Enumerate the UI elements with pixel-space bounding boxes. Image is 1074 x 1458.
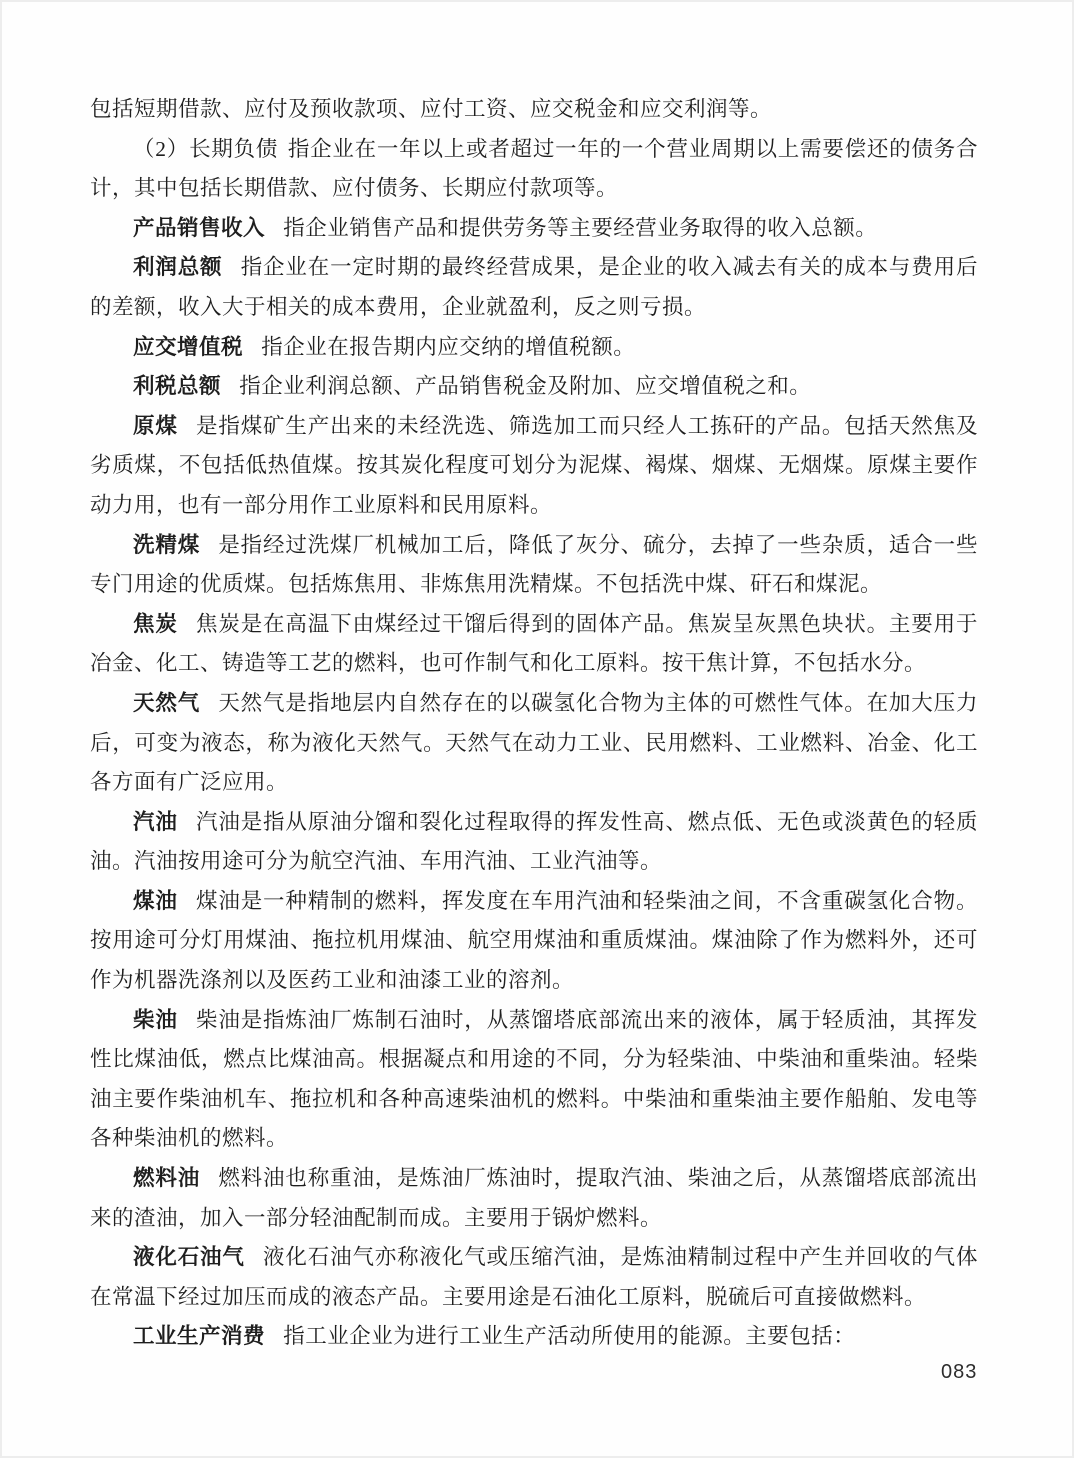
term-definition: 指企业销售产品和提供劳务等主要经营业务取得的收入总额。 xyxy=(283,216,877,240)
page-number: 083 xyxy=(941,1361,977,1384)
term-label: 应交增值税 xyxy=(133,335,261,359)
glossary-paragraph: 汽油汽油是指从原油分馏和裂化过程取得的挥发性高、燃点低、无色或淡黄色的轻质油。汽… xyxy=(90,803,978,882)
term-definition: 是指经过洗煤厂机械加工后，降低了灰分、硫分，去掉了一些杂质，适合一些专门用途的优… xyxy=(90,533,978,597)
term-label: （2）长期负债 xyxy=(133,137,288,161)
term-label: 液化石油气 xyxy=(133,1245,263,1269)
term-definition: 是指煤矿生产出来的未经洗选、筛选加工而只经人工拣矸的产品。包括天然焦及劣质煤，不… xyxy=(90,414,978,517)
glossary-paragraph: （2）长期负债指企业在一年以上或者超过一年的一个营业周期以上需要偿还的债务合计，… xyxy=(90,130,978,209)
term-definition: 天然气是指地层内自然存在的以碳氢化合物为主体的可燃性气体。在加大压力后，可变为液… xyxy=(90,691,978,794)
term-label: 原煤 xyxy=(133,414,196,438)
term-definition: 焦炭是在高温下由煤经过干馏后得到的固体产品。焦炭呈灰黑色块状。主要用于冶金、化工… xyxy=(90,612,978,676)
term-label: 煤油 xyxy=(133,889,196,913)
glossary-paragraph: 天然气天然气是指地层内自然存在的以碳氢化合物为主体的可燃性气体。在加大压力后，可… xyxy=(90,684,978,803)
glossary-paragraph: 燃料油燃料油也称重油，是炼油厂炼油时，提取汽油、柴油之后，从蒸馏塔底部流出来的渣… xyxy=(90,1159,978,1238)
term-definition: 煤油是一种精制的燃料，挥发度在车用汽油和轻柴油之间，不含重碳氢化合物。按用途可分… xyxy=(90,889,978,992)
term-label: 利税总额 xyxy=(133,374,239,398)
term-label: 焦炭 xyxy=(133,612,196,636)
term-label: 洗精煤 xyxy=(133,533,218,557)
glossary-paragraph: 焦炭焦炭是在高温下由煤经过干馏后得到的固体产品。焦炭呈灰黑色块状。主要用于冶金、… xyxy=(90,605,978,684)
glossary-paragraph: 包括短期借款、应付及预收款项、应付工资、应交税金和应交利润等。 xyxy=(90,90,978,130)
glossary-paragraph: 液化石油气液化石油气亦称液化气或压缩汽油，是炼油精制过程中产生并回收的气体在常温… xyxy=(90,1238,978,1317)
glossary-paragraph: 工业生产消费指工业企业为进行工业生产活动所使用的能源。主要包括： xyxy=(90,1317,978,1357)
document-page: 包括短期借款、应付及预收款项、应付工资、应交税金和应交利润等。 （2）长期负债指… xyxy=(0,0,1074,1458)
term-definition: 柴油是指炼油厂炼制石油时，从蒸馏塔底部流出来的液体，属于轻质油，其挥发性比煤油低… xyxy=(90,1008,978,1151)
term-definition: 汽油是指从原油分馏和裂化过程取得的挥发性高、燃点低、无色或淡黄色的轻质油。汽油按… xyxy=(90,810,978,874)
glossary-paragraph: 产品销售收入指企业销售产品和提供劳务等主要经营业务取得的收入总额。 xyxy=(90,209,978,249)
term-definition: 包括短期借款、应付及预收款项、应付工资、应交税金和应交利润等。 xyxy=(90,97,772,121)
glossary-paragraph: 柴油柴油是指炼油厂炼制石油时，从蒸馏塔底部流出来的液体，属于轻质油，其挥发性比煤… xyxy=(90,1001,978,1159)
glossary-paragraph: 洗精煤是指经过洗煤厂机械加工后，降低了灰分、硫分，去掉了一些杂质，适合一些专门用… xyxy=(90,526,978,605)
glossary-paragraph: 原煤是指煤矿生产出来的未经洗选、筛选加工而只经人工拣矸的产品。包括天然焦及劣质煤… xyxy=(90,407,978,526)
term-label: 产品销售收入 xyxy=(133,216,283,240)
term-definition: 指企业在报告期内应交纳的增值税额。 xyxy=(261,335,635,359)
glossary-paragraph: 煤油煤油是一种精制的燃料，挥发度在车用汽油和轻柴油之间，不含重碳氢化合物。按用途… xyxy=(90,882,978,1001)
term-label: 工业生产消费 xyxy=(133,1324,283,1348)
glossary-paragraph: 利税总额指企业利润总额、产品销售税金及附加、应交增值税之和。 xyxy=(90,367,978,407)
page-content: 包括短期借款、应付及预收款项、应付工资、应交税金和应交利润等。 （2）长期负债指… xyxy=(90,90,978,1357)
term-definition: 指企业利润总额、产品销售税金及附加、应交增值税之和。 xyxy=(239,374,811,398)
term-definition: 指工业企业为进行工业生产活动所使用的能源。主要包括： xyxy=(283,1324,855,1348)
glossary-paragraph: 应交增值税指企业在报告期内应交纳的增值税额。 xyxy=(90,328,978,368)
term-label: 利润总额 xyxy=(133,255,241,279)
term-label: 汽油 xyxy=(133,810,196,834)
term-definition: 燃料油也称重油，是炼油厂炼油时，提取汽油、柴油之后，从蒸馏塔底部流出来的渣油，加… xyxy=(90,1166,978,1230)
term-label: 燃料油 xyxy=(133,1166,218,1190)
term-label: 柴油 xyxy=(133,1008,196,1032)
glossary-paragraph: 利润总额指企业在一定时期的最终经营成果，是企业的收入减去有关的成本与费用后的差额… xyxy=(90,248,978,327)
term-label: 天然气 xyxy=(133,691,218,715)
